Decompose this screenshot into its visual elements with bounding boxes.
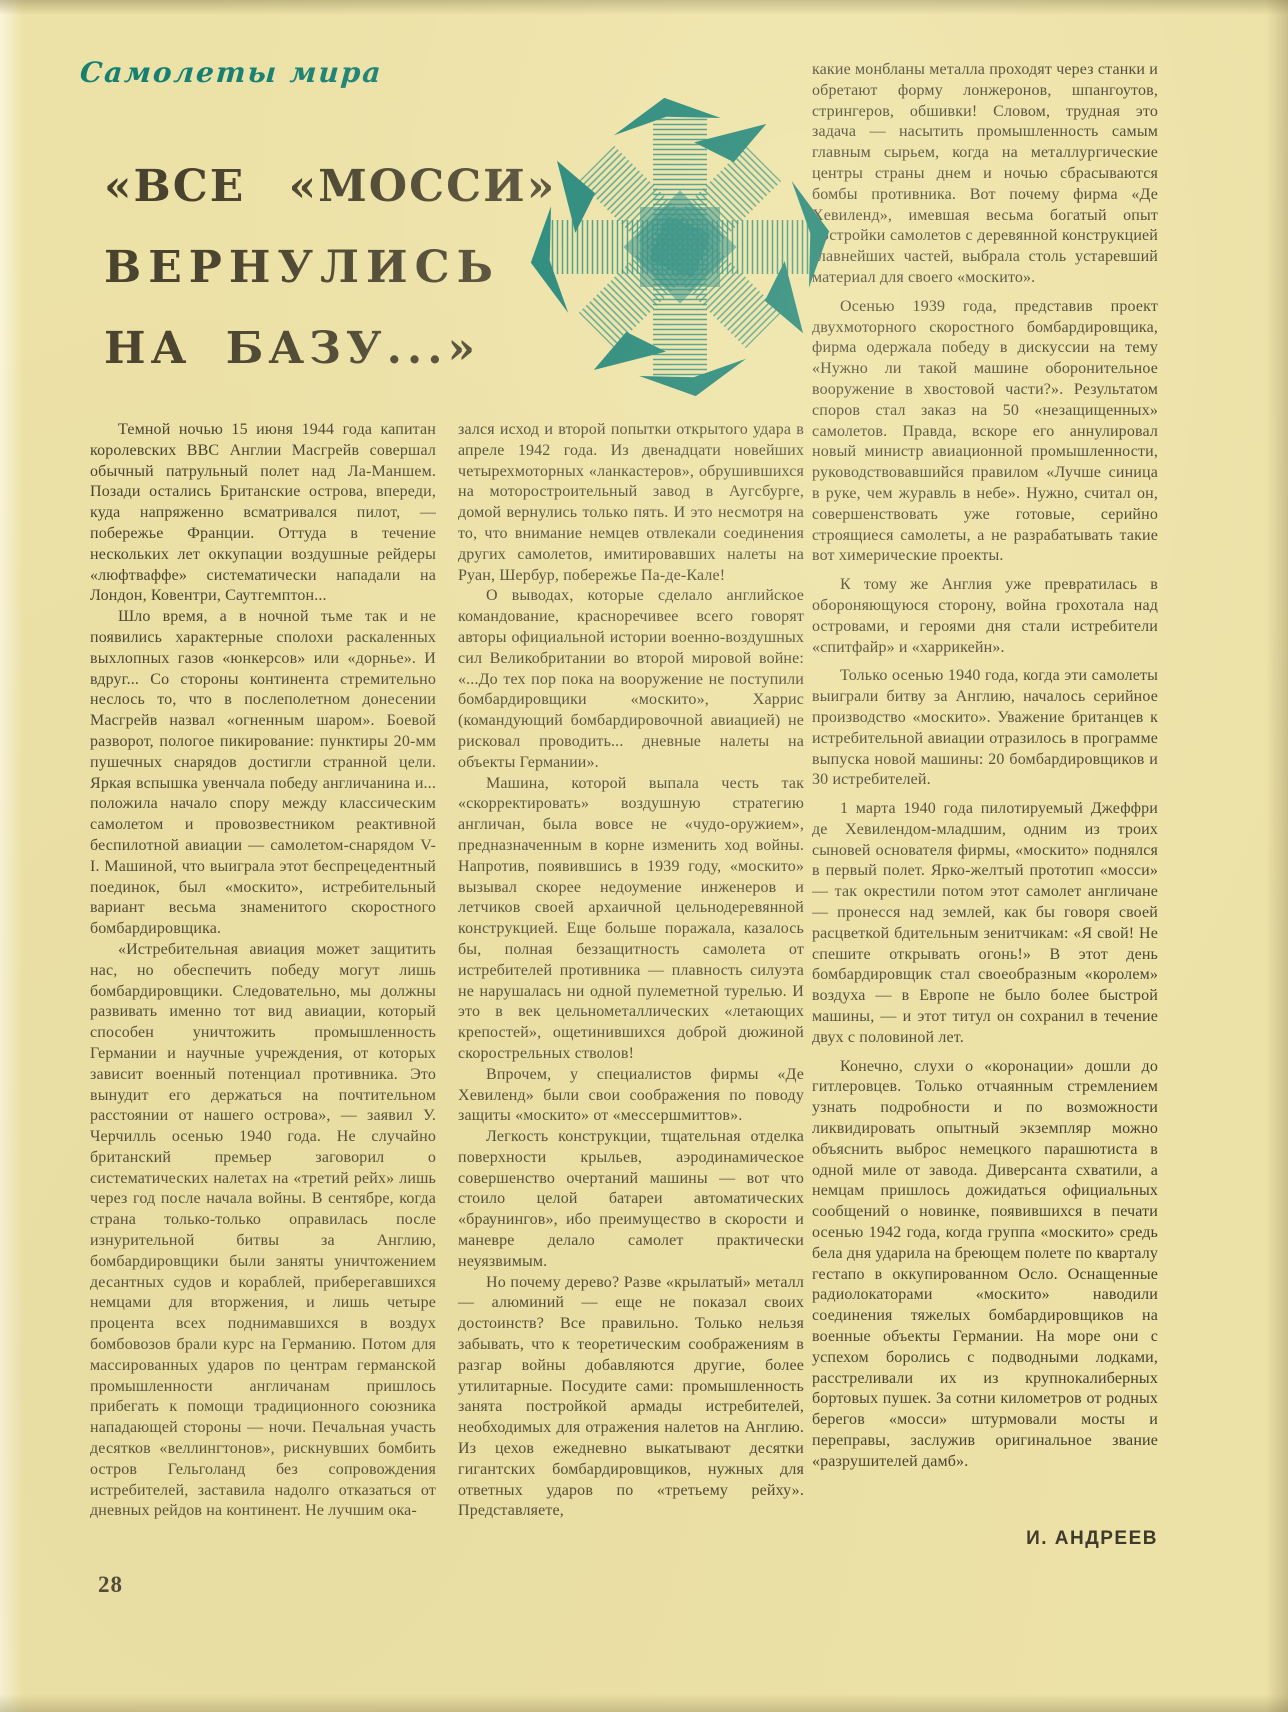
paragraph: Осенью 1939 года, представив проект двух… [812, 297, 1158, 567]
paragraph: Но почему дерево? Разве «крылатый» метал… [458, 1273, 804, 1523]
paragraph: какие монбланы металла проходят через ст… [812, 60, 1158, 289]
magazine-page: Самолеты мира «ВСЕ «МОССИ» ВЕРНУЛИСЬ НА … [0, 0, 1288, 1712]
paragraph: Впрочем, у специалистов фирмы «Де Хевиле… [458, 1065, 804, 1127]
text-column-2: зался исход и второй попытки открытого у… [458, 420, 804, 1520]
title-line: «ВСЕ «МОССИ» [104, 146, 484, 227]
title-line: НА БАЗУ...» [104, 308, 484, 389]
paragraph: Темной ночью 15 июня 1944 года капитан к… [90, 420, 436, 607]
paragraph: Легкость конструкции, тщательная отделка… [458, 1127, 804, 1273]
paragraph: зался исход и второй попытки открытого у… [458, 420, 804, 586]
pinwheel-arrows-graphic [530, 97, 830, 397]
title-line: ВЕРНУЛИСЬ [104, 227, 484, 308]
section-kicker: Самолеты мира [79, 56, 384, 89]
paragraph: Шло время, а в ночной тьме так и не появ… [90, 607, 436, 940]
article-title: «ВСЕ «МОССИ» ВЕРНУЛИСЬ НА БАЗУ...» [104, 146, 484, 389]
text-column-1: Темной ночью 15 июня 1944 года капитан к… [90, 420, 436, 1565]
paragraph: О выводах, которые сделало английское ко… [458, 586, 804, 773]
paragraph: «Истребительная авиация может защитить н… [90, 940, 436, 1522]
paragraph: 1 марта 1940 года пилотируемый Джеффри д… [812, 799, 1158, 1049]
paragraph: Конечно, слухи о «коронации» дошли до ги… [812, 1057, 1158, 1473]
paragraph: Машина, которой выпала честь так «скорре… [458, 774, 804, 1065]
paragraph: К тому же Англия уже превратилась в обор… [812, 575, 1158, 658]
author-byline: И. АНДРЕЕВ [812, 1528, 1158, 1550]
paragraph: Только осенью 1940 года, когда эти самол… [812, 666, 1158, 791]
text-column-3: какие монбланы металла проходят через ст… [812, 60, 1158, 1510]
page-number: 28 [98, 1572, 123, 1598]
